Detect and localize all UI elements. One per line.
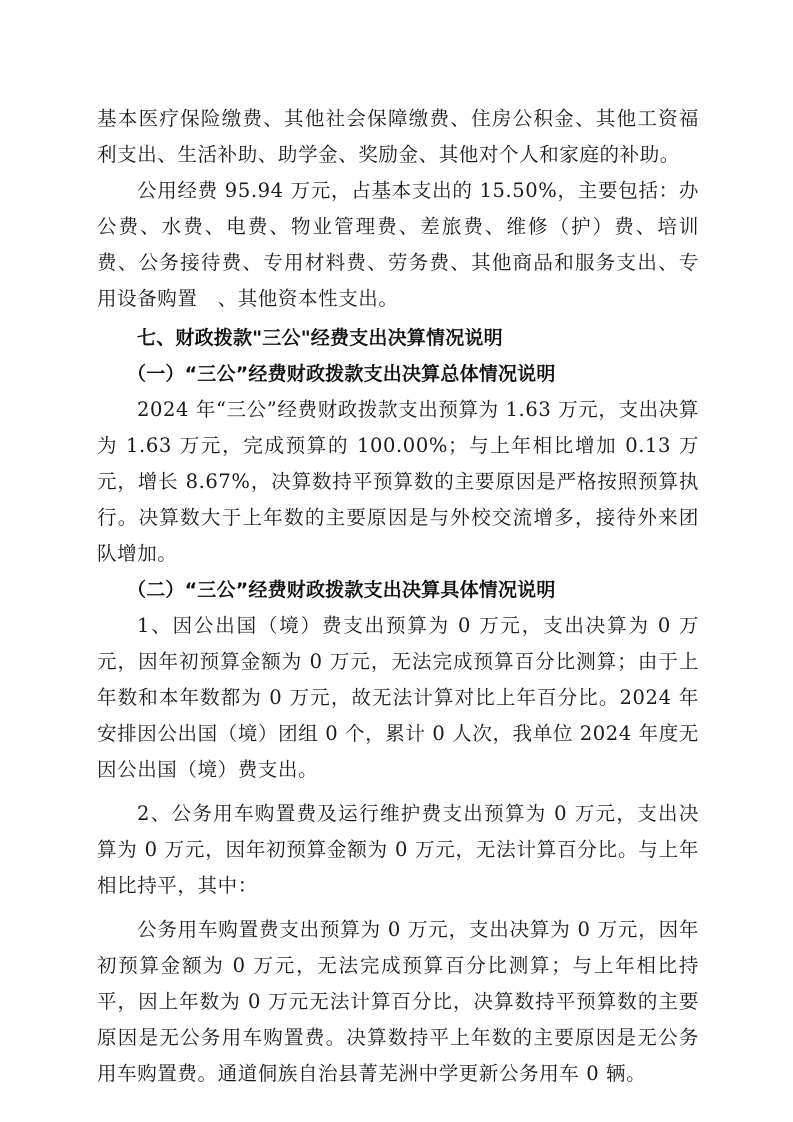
paragraph-overall-summary: 2024 年“三公”经费财政拨款支出预算为 1.63 万元，支出决算为 1.63… — [97, 392, 699, 572]
paragraph-personnel-items: 基本医疗保险缴费、其他社会保障缴费、住房公积金、其他工资福利支出、生活补助、助学… — [97, 101, 699, 173]
subsection-heading-detail: （二）“三公”经费财政拨款支出决算具体情况说明 — [97, 572, 699, 608]
section-heading-three-public: 七、财政拨款"三公"经费支出决算情况说明 — [97, 320, 699, 356]
subsection-heading-overall: （一）“三公”经费财政拨款支出决算总体情况说明 — [97, 356, 699, 392]
paragraph-official-vehicles: 2、公务用车购置费及运行维护费支出预算为 0 万元，支出决算为 0 万元，因年初… — [97, 796, 699, 904]
document-page: 基本医疗保险缴费、其他社会保障缴费、住房公积金、其他工资福利支出、生活补助、助学… — [97, 101, 699, 1092]
paragraph-overseas-travel: 1、因公出国（境）费支出预算为 0 万元，支出决算为 0 万元，因年初预算金额为… — [97, 608, 699, 788]
paragraph-vehicle-purchase: 公务用车购置费支出预算为 0 万元，支出决算为 0 万元，因年初预算金额为 0 … — [97, 912, 699, 1092]
paragraph-public-funds: 公用经费 95.94 万元，占基本支出的 15.50%，主要包括：办公费、水费、… — [97, 173, 699, 317]
